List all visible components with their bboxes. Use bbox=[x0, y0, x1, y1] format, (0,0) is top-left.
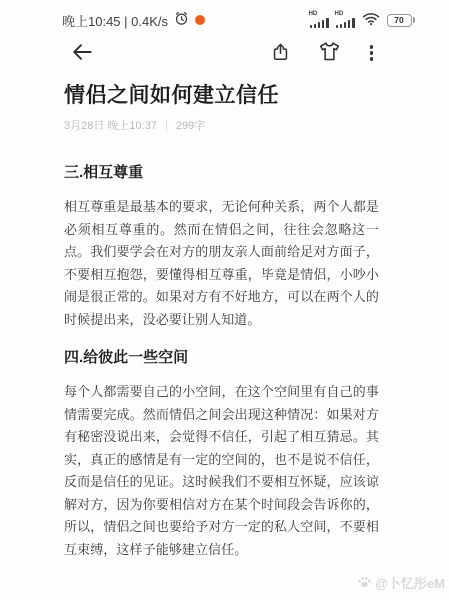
note-app-screen: 晚上10:45 | 0.4K/s HD HD bbox=[0, 0, 449, 600]
time-and-speed-text: 晚上10:45 | 0.4K/s bbox=[62, 11, 168, 30]
alarm-icon bbox=[174, 11, 189, 29]
kebab-menu-icon bbox=[370, 51, 373, 54]
share-button[interactable] bbox=[270, 41, 291, 66]
note-date-time: 3月28日 晚上10:37 bbox=[64, 118, 157, 134]
nav-actions bbox=[270, 41, 375, 66]
section-body[interactable]: 每个人都需要自己的小空间，在这个空间里有自己的事情需要完成。然而情侣之间会出现这… bbox=[64, 381, 379, 561]
nav-bar bbox=[0, 34, 449, 72]
note-section: 三.相互尊重 相互尊重是最基本的要求，无论何种关系，两个人都是必须相互尊重的。然… bbox=[64, 164, 379, 331]
recording-indicator-icon bbox=[195, 15, 205, 25]
section-body[interactable]: 相互尊重是最基本的要求，无论何种关系，两个人都是必须相互尊重的。然而在情侣之间，… bbox=[64, 196, 379, 331]
share-icon bbox=[270, 41, 291, 66]
kebab-menu-icon bbox=[370, 45, 373, 48]
note-meta: 3月28日 晚上10:37 299字 bbox=[64, 118, 379, 134]
section-heading[interactable]: 三.相互尊重 bbox=[64, 164, 379, 182]
status-bar: 晚上10:45 | 0.4K/s HD HD bbox=[0, 0, 449, 32]
section-heading[interactable]: 四.给彼此一些空间 bbox=[64, 349, 379, 367]
watermark-text: @卜忆彤eM bbox=[375, 573, 445, 592]
note-content[interactable]: 三.相互尊重 相互尊重是最基本的要求，无论何种关系，两个人都是必须相互尊重的。然… bbox=[64, 164, 379, 561]
hd-badge: HD bbox=[335, 11, 344, 17]
more-menu-button[interactable] bbox=[368, 43, 375, 62]
note-section: 四.给彼此一些空间 每个人都需要自己的小空间，在这个空间里有自己的事情需要完成。… bbox=[64, 349, 379, 561]
arrow-left-icon bbox=[70, 40, 94, 67]
status-bar-left: 晚上10:45 | 0.4K/s bbox=[62, 11, 205, 30]
signal-sim1-icon: HD bbox=[310, 12, 329, 28]
tshirt-icon bbox=[318, 41, 341, 65]
signal-sim2-icon: HD bbox=[336, 12, 355, 28]
wifi-icon bbox=[362, 12, 380, 29]
battery-icon: 70 bbox=[387, 14, 416, 27]
kebab-menu-icon bbox=[370, 57, 373, 60]
theme-button[interactable] bbox=[318, 41, 341, 65]
watermark: @卜忆彤eM bbox=[357, 573, 445, 592]
note-word-count: 299字 bbox=[176, 118, 205, 134]
back-button[interactable] bbox=[70, 40, 94, 67]
paw-print-icon bbox=[357, 575, 372, 591]
meta-divider bbox=[166, 121, 167, 131]
battery-percent: 70 bbox=[387, 14, 412, 27]
note-title[interactable]: 情侣之间如何建立信任 bbox=[64, 82, 379, 110]
status-bar-right: HD HD 70 bbox=[310, 12, 415, 29]
hd-badge: HD bbox=[309, 11, 318, 17]
